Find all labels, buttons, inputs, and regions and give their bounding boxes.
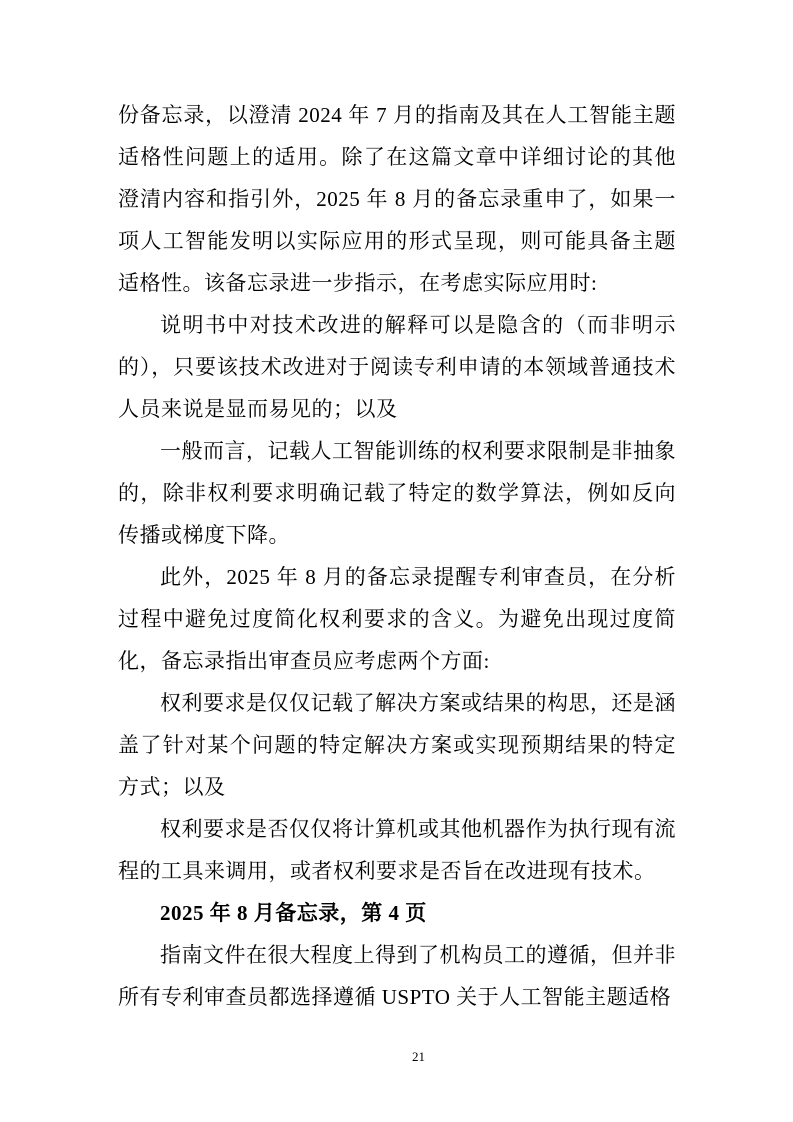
paragraph: 权利要求是仅仅记载了解决方案或结果的构思，还是涵盖了针对某个问题的特定解决方案或… [118, 682, 676, 808]
paragraph: 一般而言，记载人工智能训练的权利要求限制是非抽象的，除非权利要求明确记载了特定的… [118, 430, 676, 556]
paragraph: 指南文件在很大程度上得到了机构员工的遵循，但并非所有专利审查员都选择遵循 USP… [118, 934, 676, 1018]
paragraph: 说明书中对技术改进的解释可以是隐含的（而非明示的），只要该技术改进对于阅读专利申… [118, 304, 676, 430]
document-page: 份备忘录，以澄清 2024 年 7 月的指南及其在人工智能主题适格性问题上的适用… [0, 0, 793, 1122]
paragraph: 份备忘录，以澄清 2024 年 7 月的指南及其在人工智能主题适格性问题上的适用… [118, 94, 676, 304]
paragraph: 此外，2025 年 8 月的备忘录提醒专利审查员，在分析过程中避免过度简化权利要… [118, 556, 676, 682]
paragraph: 权利要求是否仅仅将计算机或其他机器作为执行现有流程的工具来调用，或者权利要求是否… [118, 808, 676, 892]
page-number: 21 [0, 1048, 793, 1066]
document-body: 份备忘录，以澄清 2024 年 7 月的指南及其在人工智能主题适格性问题上的适用… [118, 94, 676, 1018]
memo-heading: 2025 年 8 月备忘录，第 4 页 [118, 892, 676, 934]
